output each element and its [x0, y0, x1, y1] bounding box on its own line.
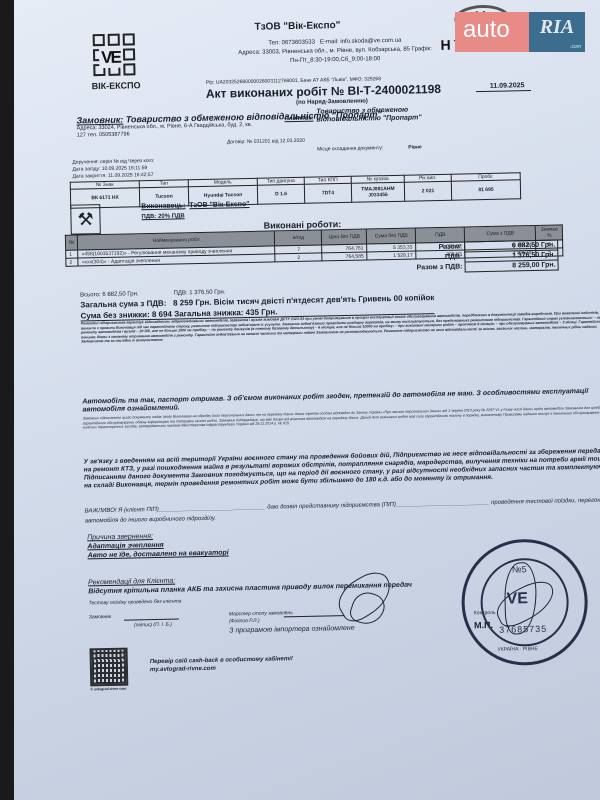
- tools-icon: ⚒: [70, 204, 101, 235]
- act-sheet: VE ВІК-ЕКСПО ТзОВ "Вік-Експо" Тел: 06736…: [54, 0, 600, 800]
- payer-label: Платник:: [284, 116, 313, 123]
- test-drive-note: Тестову поїздку проведено без клієнта: [88, 598, 181, 606]
- mileage: 81 695: [451, 180, 520, 200]
- contract: Договір: № 031201 від 12.03.2020: [227, 138, 305, 146]
- watermark-ria: RIA.com: [529, 12, 585, 52]
- martial-law-notice: У зв'язку з введенням на всій території …: [84, 447, 600, 490]
- order-meta: Доручення: серія № від Через кого: Дата …: [72, 158, 155, 181]
- customer-address: Адреса: 33024, Рівненська обл., м. Рівне…: [77, 122, 257, 140]
- total-gross: 8 259,00 Грн.: [465, 260, 558, 272]
- executor: Виконавець: ТзОВ "Вік-Експо": [141, 201, 249, 210]
- vin: TMAJ881AHM J033456: [351, 182, 404, 202]
- reason-for-visit: Причина звернення: Адаптація зчеплення А…: [87, 530, 229, 560]
- autoria-watermark: auto RIA.com: [455, 12, 585, 52]
- engine: D 1.6: [257, 184, 304, 204]
- company-contacts: Тел: 0673603533 E-mail: info.skoda@ve.co…: [205, 35, 466, 67]
- totals-table: Разом:6 882,50 Грн. ПДВ:1 376,50 Грн. Ра…: [414, 239, 559, 273]
- vik-expo-logo: VE: [93, 33, 140, 80]
- qr-caption: © avtograd-rivne.com: [90, 687, 126, 692]
- qr-code[interactable]: [90, 648, 129, 687]
- company-stamp: №5 VE 37685735 УКРАЇНА · РІВНЕ: [460, 538, 589, 667]
- year: 2 021: [404, 181, 451, 201]
- document-photo: VE ВІК-ЕКСПО ТзОВ "Вік-Експо" Тел: 06736…: [14, 0, 600, 800]
- watermark-auto: auto: [455, 12, 529, 52]
- document-subtitle: (по Наряд-Замовленню): [296, 98, 368, 106]
- logo-ve-text: VE: [99, 48, 122, 68]
- payer-name: Товариство з обмеженою відповідальністю …: [316, 106, 456, 125]
- document-date: 11.09.2025: [476, 82, 531, 92]
- logo-caption: ВІК-ЕКСПО: [92, 80, 141, 91]
- place: Місце складання документу:Рівне: [317, 144, 422, 152]
- gearbox: 7DT4: [304, 183, 351, 203]
- company-name: ТзОВ "Вік-Експо": [254, 20, 340, 33]
- cashback-link[interactable]: my.avtograd-rivne.com: [150, 663, 293, 674]
- test-drive-permission: ВАЖЛИВО! Я (клієнт ПІП)_________________…: [85, 495, 600, 526]
- email: E-mail: info.skoda@ve.com.ua: [320, 38, 402, 46]
- phone: Тел: 0673603533: [268, 40, 315, 47]
- vat-rate: ПДВ: 20% ПДВ: [141, 213, 184, 220]
- cashback-note: Перевір свій cash-back в особистому кабі…: [150, 655, 293, 674]
